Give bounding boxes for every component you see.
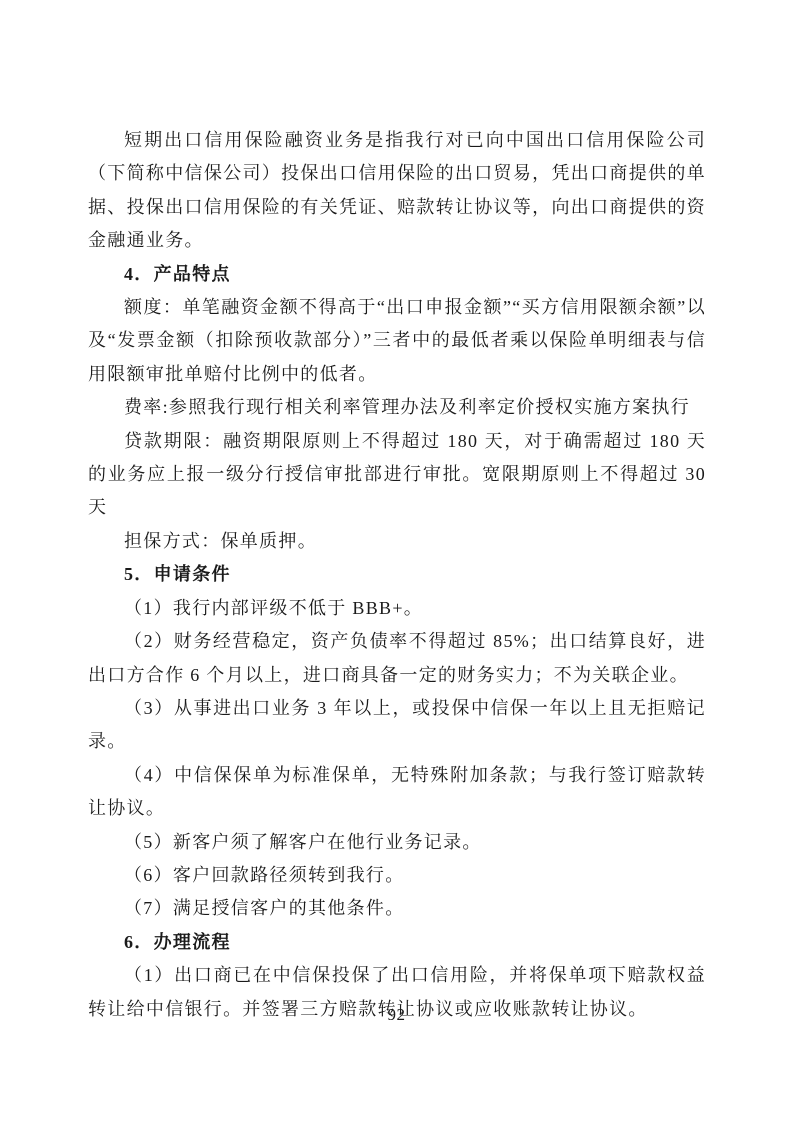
paragraph: 贷款期限：融资期限原则上不得超过 180 天，对于确需超过 180 天的业务应上… bbox=[88, 425, 706, 525]
section-heading: 4．产品特点 bbox=[88, 258, 706, 291]
page-number: 92 bbox=[0, 1004, 793, 1026]
paragraph: （1）我行内部评级不低于 BBB+。 bbox=[88, 592, 706, 625]
paragraph: （5）新客户须了解客户在他行业务记录。 bbox=[88, 826, 706, 859]
paragraph: （7）满足授信客户的其他条件。 bbox=[88, 892, 706, 925]
paragraph: （4）中信保保单为标准保单，无特殊附加条款；与我行签订赔款转让协议。 bbox=[88, 759, 706, 826]
paragraph: 额度：单笔融资金额不得高于“出口申报金额”“买方信用限额余额”以及“发票金额（扣… bbox=[88, 291, 706, 391]
document-body: 短期出口信用保险融资业务是指我行对已向中国出口信用保险公司（下简称中信保公司）投… bbox=[88, 124, 706, 1026]
paragraph: 短期出口信用保险融资业务是指我行对已向中国出口信用保险公司（下简称中信保公司）投… bbox=[88, 124, 706, 258]
paragraph: （2）财务经营稳定，资产负债率不得超过 85%；出口结算良好，进出口方合作 6 … bbox=[88, 625, 706, 692]
document-page: 短期出口信用保险融资业务是指我行对已向中国出口信用保险公司（下简称中信保公司）投… bbox=[0, 0, 793, 1122]
paragraph: （6）客户回款路径须转到我行。 bbox=[88, 859, 706, 892]
paragraph: 担保方式：保单质押。 bbox=[88, 525, 706, 558]
section-heading: 5．申请条件 bbox=[88, 558, 706, 591]
paragraph: （3）从事进出口业务 3 年以上，或投保中信保一年以上且无拒赔记录。 bbox=[88, 692, 706, 759]
section-heading: 6．办理流程 bbox=[88, 926, 706, 959]
paragraph: 费率:参照我行现行相关利率管理办法及利率定价授权实施方案执行 bbox=[88, 391, 706, 424]
